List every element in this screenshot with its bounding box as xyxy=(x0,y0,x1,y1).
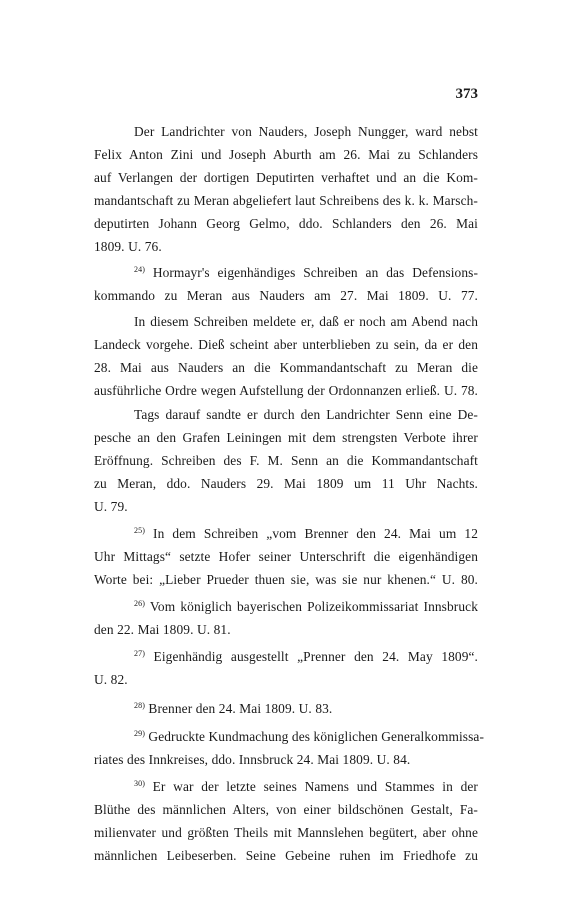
text-line: 1809. U. 76. xyxy=(94,238,478,256)
footnote-marker: 25) xyxy=(134,526,145,535)
footnote-25: 25) In dem Schreiben „vom Brenner den 24… xyxy=(134,525,478,543)
page-number: 373 xyxy=(420,86,478,103)
footnote-29: 29) Gedruckte Kundmachung des königliche… xyxy=(134,728,478,746)
footnote-marker: 30) xyxy=(134,779,145,788)
text-line: kommando zu Meran aus Nauders am 27. Mai… xyxy=(94,287,478,305)
footnote-marker: 27) xyxy=(134,649,145,658)
text-line: milienvater und größten Theils mit Manns… xyxy=(94,824,478,842)
footnote-marker: 29) xyxy=(134,729,145,738)
text-line: pesche an den Grafen Leiningen mit dem s… xyxy=(94,429,478,447)
text-line: Tags darauf sandte er durch den Landrich… xyxy=(134,406,478,424)
book-page: 373 Der Landrichter von Nauders, Joseph … xyxy=(0,0,580,922)
footnote-marker: 28) xyxy=(134,701,145,710)
footnote-marker: 24) xyxy=(134,265,145,274)
footnote-text: Hormayr's eigenhändiges Schreiben an das… xyxy=(153,265,478,280)
text-line: U. 79. xyxy=(94,498,478,516)
text-line: riates des Innkreises, ddo. Innsbruck 24… xyxy=(94,751,478,769)
footnote-27: 27) Eigenhändig ausgestellt „Prenner den… xyxy=(134,648,478,666)
text-line: zu Meran, ddo. Nauders 29. Mai 1809 um 1… xyxy=(94,475,478,493)
text-line: mandantschaft zu Meran abgeliefert laut … xyxy=(94,192,478,210)
footnote-text: Eigenhändig ausgestellt „Prenner den 24.… xyxy=(154,649,478,664)
footnote-28: 28) Brenner den 24. Mai 1809. U. 83. xyxy=(134,700,478,718)
footnote-marker: 26) xyxy=(134,599,145,608)
text-line: U. 82. xyxy=(94,671,478,689)
footnote-26: 26) Vom königlich bayerischen Polizeikom… xyxy=(134,598,478,616)
text-line: deputirten Johann Georg Gelmo, ddo. Schl… xyxy=(94,215,478,233)
text-line: Eröffnung. Schreiben des F. M. Senn an d… xyxy=(94,452,478,470)
text-line: Worte bei: „Lieber Prueder thuen sie, wa… xyxy=(94,571,478,589)
text-line: Blüthe des männlichen Alters, von einer … xyxy=(94,801,478,819)
text-line: In diesem Schreiben meldete er, daß er n… xyxy=(134,313,478,331)
footnote-text: Gedruckte Kundmachung des königlichen Ge… xyxy=(148,729,484,744)
text-line: männlichen Leibeserben. Seine Gebeine ru… xyxy=(94,847,478,865)
footnote-text: In dem Schreiben „vom Brenner den 24. Ma… xyxy=(153,526,478,541)
footnote-24: 24) Hormayr's eigenhändiges Schreiben an… xyxy=(134,264,478,282)
text-line: Landeck vorgehe. Dieß scheint aber unter… xyxy=(94,336,478,354)
footnote-text: Er war der letzte seines Namens und Stam… xyxy=(153,779,478,794)
text-line: 28. Mai aus Nauders an die Kommandantsch… xyxy=(94,359,478,377)
footnote-text: Vom königlich bayerischen Polizeikommiss… xyxy=(150,599,478,614)
text-line: ausführliche Ordre wegen Aufstellung der… xyxy=(94,382,478,400)
text-line: den 22. Mai 1809. U. 81. xyxy=(94,621,478,639)
footnote-text: Brenner den 24. Mai 1809. U. 83. xyxy=(148,701,332,716)
text-line: Der Landrichter von Nauders, Joseph Nung… xyxy=(134,123,478,141)
text-line: Felix Anton Zini und Joseph Aburth am 26… xyxy=(94,146,478,164)
footnote-30: 30) Er war der letzte seines Namens und … xyxy=(134,778,478,796)
text-line: Uhr Mittags“ setzte Hofer seiner Untersc… xyxy=(94,548,478,566)
text-line: auf Verlangen der dortigen Deputirten ve… xyxy=(94,169,478,187)
